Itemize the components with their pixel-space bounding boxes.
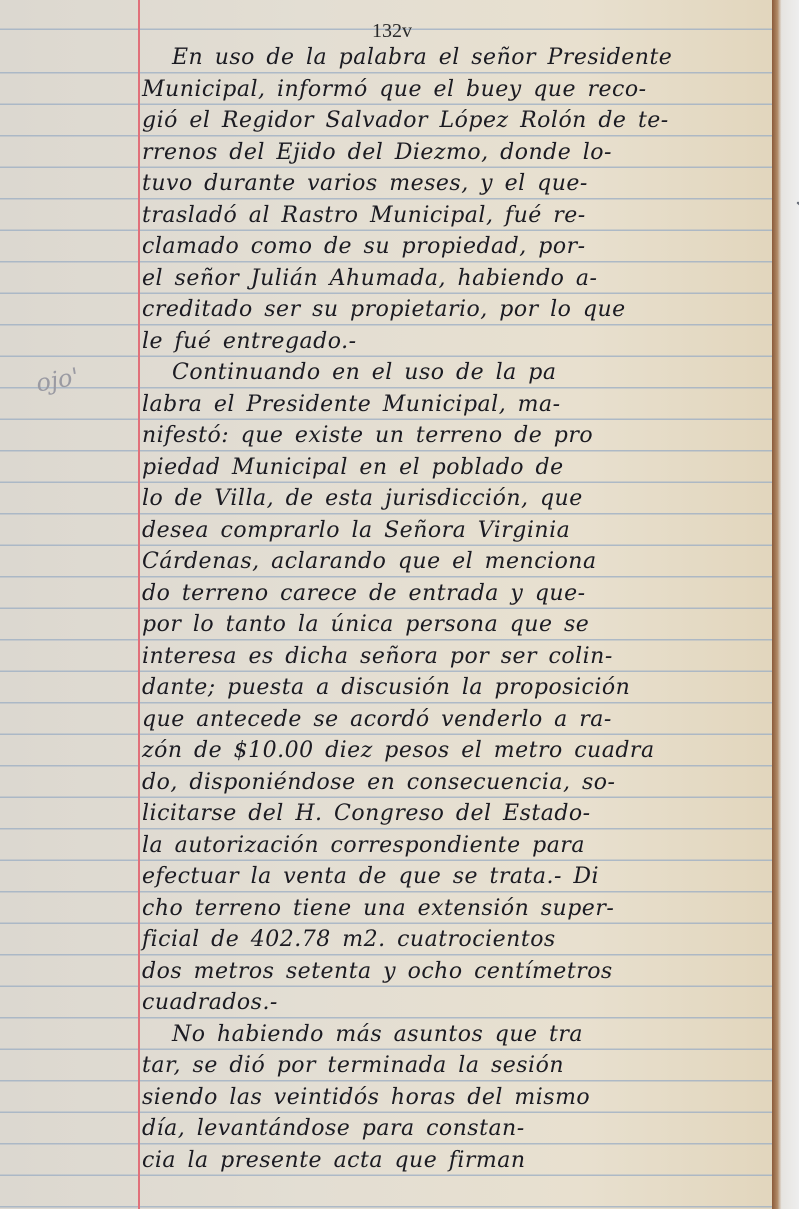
- text-line: do, disponiéndose en consecuencia, so-: [142, 767, 772, 799]
- text-line: cho terreno tiene una extensión super-: [142, 893, 772, 925]
- text-line: el señor Julián Ahumada, habiendo a-: [142, 263, 772, 295]
- text-line: cia la presente acta que firman: [142, 1145, 772, 1177]
- text-line: desea comprarlo la Señora Virginia: [142, 515, 772, 547]
- text-line: le fué entregado.-: [142, 326, 772, 358]
- text-line: tuvo durante varios meses, y el que-: [142, 168, 772, 200]
- text-line: clamado como de su propiedad, por-: [142, 231, 772, 263]
- text-line: No habiendo más asuntos que tra: [142, 1019, 772, 1051]
- text-line: día, levantándose para constan-: [142, 1113, 772, 1145]
- text-line: la autorización correspondiente para: [142, 830, 772, 862]
- text-line: que antecede se acordó venderlo a ra-: [142, 704, 772, 736]
- page-number: 132v: [372, 20, 412, 43]
- text-line: labra el Presidente Municipal, ma-: [142, 389, 772, 421]
- text-line: creditado ser su propietario, por lo que: [142, 294, 772, 326]
- handwritten-text: En uso de la palabra el señor Presidente…: [142, 42, 772, 1176]
- text-line: trasladó al Rastro Municipal, fué re-: [142, 200, 772, 232]
- text-line: Cárdenas, aclarando que el menciona: [142, 546, 772, 578]
- text-line: Municipal, informó que el buey que reco-: [142, 74, 772, 106]
- text-line: dante; puesta a discusión la proposición: [142, 672, 772, 704]
- text-line: ficial de 402.78 m2. cuatrocientos: [142, 924, 772, 956]
- text-line: nifestó: que existe un terreno de pro: [142, 420, 772, 452]
- text-line: Continuando en el uso de la pa: [142, 357, 772, 389]
- text-line: tar, se dió por terminada la sesión: [142, 1050, 772, 1082]
- text-line: dos metros setenta y ocho centímetros: [142, 956, 772, 988]
- text-line: cuadrados.-: [142, 987, 772, 1019]
- margin-rule: [138, 0, 140, 1209]
- text-line: zón de $10.00 diez pesos el metro cuadra: [142, 735, 772, 767]
- text-line: do terreno carece de entrada y que-: [142, 578, 772, 610]
- text-line: gió el Regidor Salvador López Rolón de t…: [142, 105, 772, 137]
- text-line: por lo tanto la única persona que se: [142, 609, 772, 641]
- text-line: efectuar la venta de que se trata.- Di: [142, 861, 772, 893]
- text-line: interesa es dicha señora por ser colin-: [142, 641, 772, 673]
- text-line: piedad Municipal en el poblado de: [142, 452, 772, 484]
- text-line: siendo las veintidós horas del mismo: [142, 1082, 772, 1114]
- text-line: licitarse del H. Congreso del Estado-: [142, 798, 772, 830]
- text-line: lo de Villa, de esta jurisdicción, que: [142, 483, 772, 515]
- text-line: En uso de la palabra el señor Presidente: [142, 42, 772, 74]
- ledger-page: 132v ojo' En uso de la palabra el señor …: [0, 0, 772, 1209]
- book-spine: [772, 0, 799, 1209]
- text-line: rrenos del Ejido del Diezmo, donde lo-: [142, 137, 772, 169]
